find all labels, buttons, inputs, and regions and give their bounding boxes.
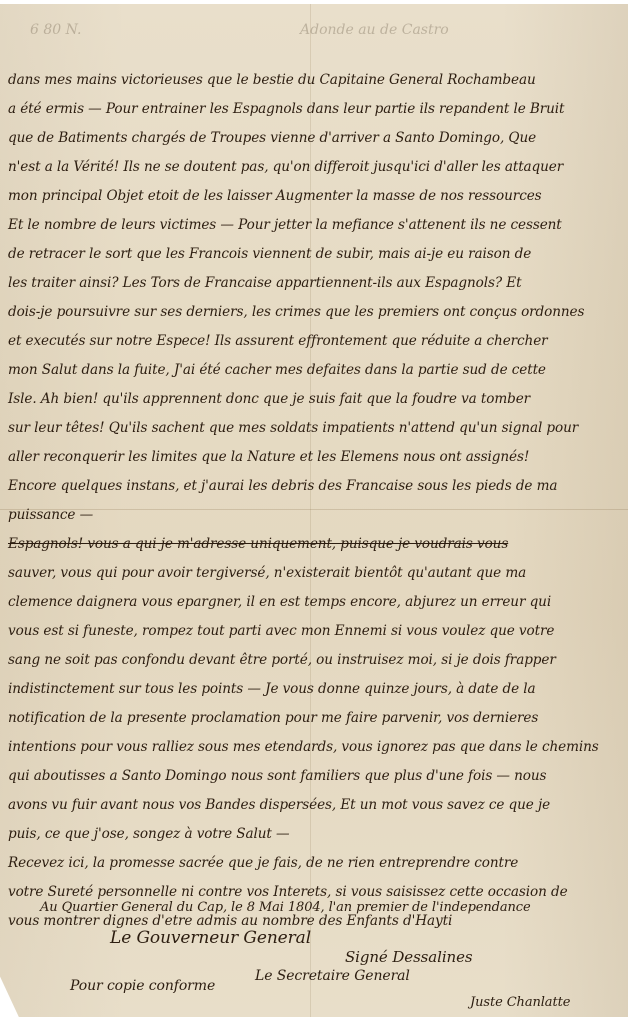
text-line: sur leur têtes! Qu'ils sachent que mes s… [8,420,578,436]
fold-crease [0,509,628,510]
text-line: Encore quelques instans, et j'aurai les … [8,478,557,494]
text-line: aller reconquerir les limites que la Nat… [8,449,529,465]
text-line: indistinctement sur tous les points — Je… [8,681,536,697]
text-line: Espagnols! vous a qui je m'adresse uniqu… [8,536,508,552]
text-line: dois-je poursuivre sur ses derniers, les… [8,304,584,320]
text-line: puissance — [8,507,93,523]
text-line: dans mes mains victorieuses que le besti… [8,72,536,88]
text-line: mon principal Objet etoit de les laisser… [8,188,542,204]
margin-note: Adonde au de Castro [300,22,449,38]
text-line: et executés sur notre Espece! Ils assure… [8,333,548,349]
text-line: notification de la presente proclamation… [8,710,538,726]
copy-note: Pour copie conforme [70,978,215,994]
text-line: sang ne soit pas confondu devant être po… [8,652,556,668]
signature: Signé Dessalines [345,948,472,966]
text-line: avons vu fuir avant nous vos Bandes disp… [8,797,550,813]
text-line: vous montrer dignes d'etre admis au nomb… [8,913,452,929]
text-line: Et le nombre de leurs victimes — Pour je… [8,217,562,233]
text-line: de retracer le sort que les Francois vie… [8,246,531,262]
text-line: clemence daignera vous epargner, il en e… [8,594,551,610]
text-line: votre Sureté personnelle ni contre vos I… [8,884,568,900]
text-line: Recevez ici, la promesse sacrée que je f… [8,855,518,871]
text-line: que de Batiments chargés de Troupes vien… [8,130,536,146]
signatory-title: Le Gouverneur General [110,928,311,948]
text-line: les traiter ainsi? Les Tors de Francaise… [8,275,521,291]
text-line: intentions pour vous ralliez sous mes et… [8,739,599,755]
text-line: mon Salut dans la fuite, J'ai été cacher… [8,362,546,378]
text-line: n'est a la Vérité! Ils ne se doutent pas… [8,159,563,175]
margin-note: 6 80 N. [30,22,81,38]
text-line: vous est si funeste, rompez tout parti a… [8,623,554,639]
text-line: a été ermis — Pour entrainer les Espagno… [8,101,564,117]
text-line: sauver, vous qui pour avoir tergiversé, … [8,565,526,581]
text-line: Isle. Ah bien! qu'ils apprennent donc qu… [8,391,530,407]
dateline: Au Quartier General du Cap, le 8 Mai 180… [40,900,531,915]
text-line: puis, ce que j'ose, songez à votre Salut… [8,826,289,842]
secretary-title: Le Secretaire General [255,968,410,984]
secretary-name: Juste Chanlatte [470,995,570,1010]
text-line: qui aboutisses a Santo Domingo nous sont… [8,768,546,784]
